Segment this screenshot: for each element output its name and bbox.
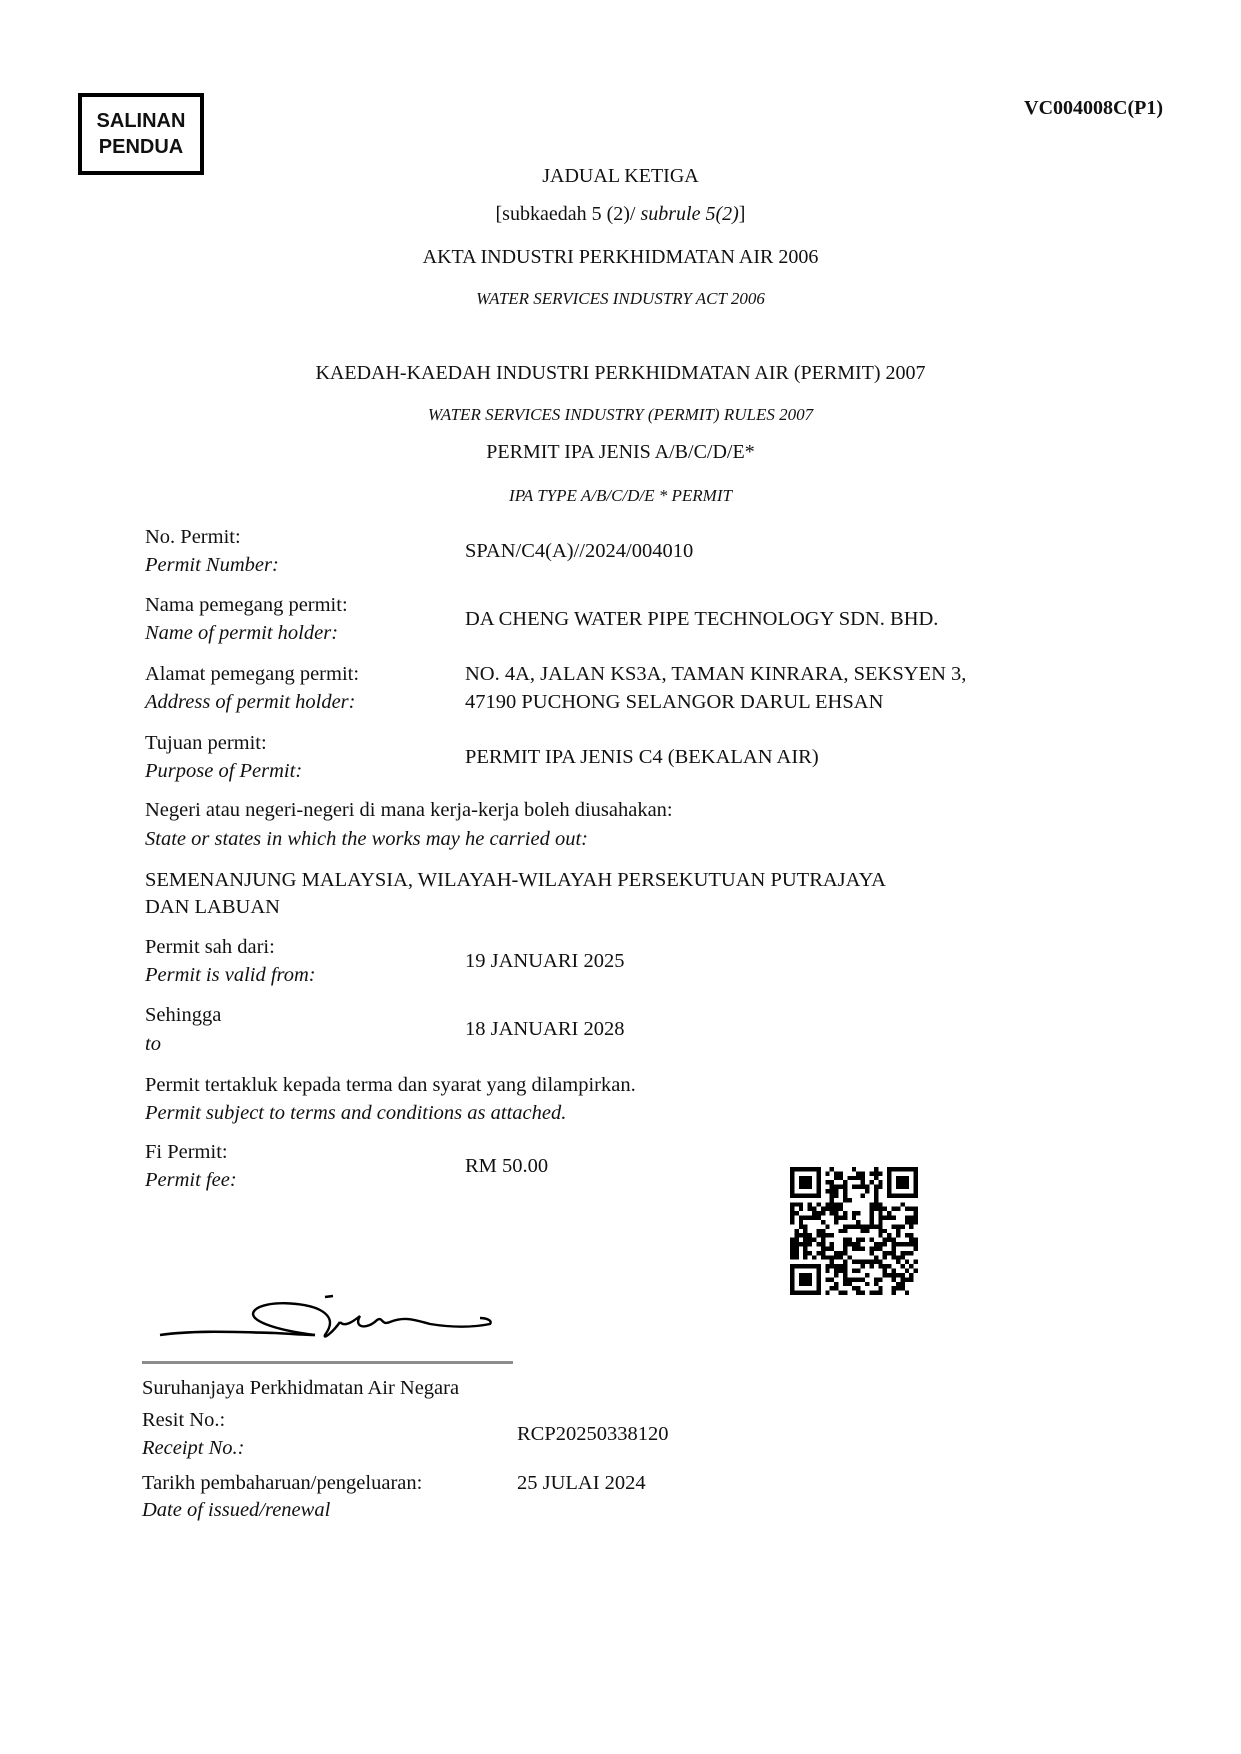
- holder-address-line2: 47190 PUCHONG SELANGOR DARUL EHSAN: [465, 691, 883, 714]
- subrule-reference: [subkaedah 5 (2)/ subrule 5(2)]: [0, 203, 1241, 226]
- states-label-en: State or states in which the works may h…: [145, 828, 588, 851]
- fee-label-ms: Fi Permit:: [145, 1141, 228, 1164]
- states-value-line1: SEMENANJUNG MALAYSIA, WILAYAH-WILAYAH PE…: [145, 869, 886, 892]
- signature-line: [142, 1361, 513, 1364]
- issuer-name: Suruhanjaya Perkhidmatan Air Negara: [142, 1377, 459, 1400]
- states-label-ms: Negeri atau negeri-negeri di mana kerja-…: [145, 799, 673, 822]
- receipt-value: RCP20250338120: [517, 1423, 669, 1446]
- duplicate-copy-stamp: SALINAN PENDUA: [78, 93, 204, 175]
- valid-to-label-en: to: [145, 1033, 161, 1056]
- holder-address-line1: NO. 4A, JALAN KS3A, TAMAN KINRARA, SEKSY…: [465, 663, 966, 686]
- permit-number-value: SPAN/C4(A)//2024/004010: [465, 540, 693, 563]
- holder-name-label-en: Name of permit holder:: [145, 622, 338, 645]
- receipt-label-en: Receipt No.:: [142, 1437, 244, 1460]
- purpose-value: PERMIT IPA JENIS C4 (BEKALAN AIR): [465, 746, 819, 769]
- permit-type-ms: PERMIT IPA JENIS A/B/C/D/E*: [0, 441, 1241, 464]
- valid-from-label-ms: Permit sah dari:: [145, 936, 275, 959]
- holder-name-value: DA CHENG WATER PIPE TECHNOLOGY SDN. BHD.: [465, 608, 938, 631]
- stamp-line2: PENDUA: [82, 134, 200, 160]
- issue-date-value: 25 JULAI 2024: [517, 1472, 646, 1495]
- valid-to-label-ms: Sehingga: [145, 1004, 221, 1027]
- purpose-label-en: Purpose of Permit:: [145, 760, 302, 783]
- subrule-en: subrule 5(2): [640, 203, 738, 225]
- qr-code-icon: [790, 1167, 918, 1295]
- states-value-line2: DAN LABUAN: [145, 896, 280, 919]
- subrule-ms: [subkaedah 5 (2)/: [496, 203, 641, 225]
- valid-to-value: 18 JANUARI 2028: [465, 1018, 624, 1041]
- fee-label-en: Permit fee:: [145, 1169, 237, 1192]
- reference-code: VC004008C(P1): [1024, 97, 1163, 120]
- valid-from-label-en: Permit is valid from:: [145, 964, 316, 987]
- schedule-title: JADUAL KETIGA: [0, 165, 1241, 188]
- act-title-ms: AKTA INDUSTRI PERKHIDMATAN AIR 2006: [0, 246, 1241, 269]
- signature-image: [155, 1280, 500, 1350]
- act-title-en: WATER SERVICES INDUSTRY ACT 2006: [0, 289, 1241, 309]
- holder-name-label-ms: Nama pemegang permit:: [145, 594, 348, 617]
- purpose-label-ms: Tujuan permit:: [145, 732, 267, 755]
- rules-title-ms: KAEDAH-KAEDAH INDUSTRI PERKHIDMATAN AIR …: [0, 362, 1241, 385]
- fee-value: RM 50.00: [465, 1155, 548, 1178]
- receipt-label-ms: Resit No.:: [142, 1409, 225, 1432]
- permit-type-en: IPA TYPE A/B/C/D/E * PERMIT: [0, 486, 1241, 506]
- holder-address-label-ms: Alamat pemegang permit:: [145, 663, 359, 686]
- holder-address-label-en: Address of permit holder:: [145, 691, 356, 714]
- rules-title-en: WATER SERVICES INDUSTRY (PERMIT) RULES 2…: [0, 405, 1241, 425]
- permit-number-label-ms: No. Permit:: [145, 526, 241, 549]
- stamp-line1: SALINAN: [82, 108, 200, 134]
- valid-from-value: 19 JANUARI 2025: [465, 950, 624, 973]
- terms-en: Permit subject to terms and conditions a…: [145, 1102, 566, 1125]
- terms-ms: Permit tertakluk kepada terma dan syarat…: [145, 1074, 636, 1097]
- subrule-close: ]: [739, 203, 746, 225]
- permit-number-label-en: Permit Number:: [145, 554, 279, 577]
- issue-date-label-en: Date of issued/renewal: [142, 1499, 330, 1522]
- issue-date-label-ms: Tarikh pembaharuan/pengeluaran:: [142, 1472, 422, 1495]
